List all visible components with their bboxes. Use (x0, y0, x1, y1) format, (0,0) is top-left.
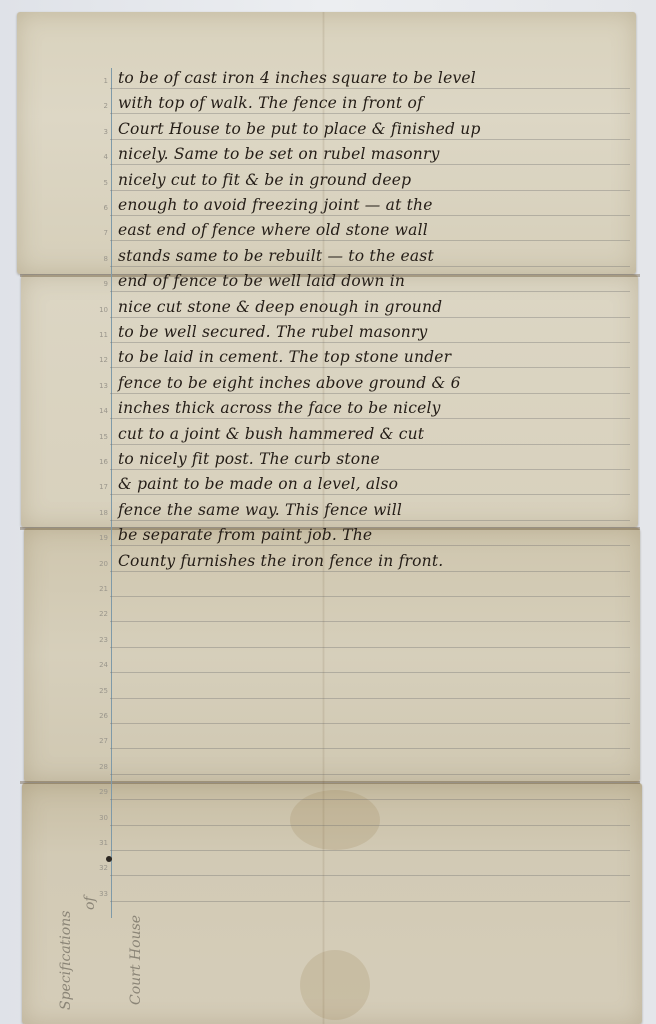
line-number: 19 (92, 534, 108, 542)
handwritten-line: to nicely fit post. The curb stone (118, 450, 630, 468)
line-number: 8 (92, 255, 108, 263)
ruled-line (110, 748, 630, 749)
line-number: 14 (92, 407, 108, 415)
line-number: 17 (92, 483, 108, 491)
margin-rule (111, 68, 112, 918)
handwritten-line: to be of cast iron 4 inches square to be… (118, 69, 630, 87)
line-number: 21 (92, 585, 108, 593)
ruled-line (110, 621, 630, 622)
ruled-line (110, 520, 630, 521)
line-number: 26 (92, 712, 108, 720)
line-number: 9 (92, 280, 108, 288)
ruled-line (110, 723, 630, 724)
ruled-line (110, 901, 630, 902)
ruled-line (110, 215, 630, 216)
endorsement-line-1: Specifications (58, 911, 74, 1010)
ruled-line (110, 418, 630, 419)
ruled-line (110, 545, 630, 546)
ink-blot (106, 856, 112, 862)
line-number: 30 (92, 814, 108, 822)
line-number: 2 (92, 102, 108, 110)
line-number: 5 (92, 179, 108, 187)
ruled-line (110, 444, 630, 445)
handwritten-line: & paint to be made on a level, also (118, 475, 630, 493)
ruled-line (110, 266, 630, 267)
ruled-line (110, 774, 630, 775)
ruled-line (110, 164, 630, 165)
line-number: 18 (92, 509, 108, 517)
endorsement-line-3: Court House (128, 915, 144, 1005)
line-number: 28 (92, 763, 108, 771)
line-number: 20 (92, 560, 108, 568)
ruled-line (110, 367, 630, 368)
line-number: 22 (92, 610, 108, 618)
handwritten-line: fence the same way. This fence will (118, 501, 630, 519)
water-stain (300, 950, 370, 1020)
ruled-line (110, 825, 630, 826)
line-number: 12 (92, 356, 108, 364)
line-number: 1 (92, 77, 108, 85)
endorsement-line-2: of (82, 896, 98, 910)
ruled-line (110, 291, 630, 292)
handwritten-line: enough to avoid freezing joint — at the (118, 196, 630, 214)
handwritten-line: fence to be eight inches above ground & … (118, 374, 630, 392)
handwritten-line: inches thick across the face to be nicel… (118, 399, 630, 417)
line-number: 4 (92, 153, 108, 161)
ruled-line (110, 647, 630, 648)
line-number: 27 (92, 737, 108, 745)
handwritten-line: cut to a joint & bush hammered & cut (118, 425, 630, 443)
ruled-line (110, 139, 630, 140)
ruled-line (110, 317, 630, 318)
line-number: 16 (92, 458, 108, 466)
handwritten-line: to be laid in cement. The top stone unde… (118, 348, 630, 366)
line-number: 13 (92, 382, 108, 390)
horizontal-fold-3 (20, 781, 640, 784)
line-number: 15 (92, 433, 108, 441)
ruled-line (110, 672, 630, 673)
ruled-line (110, 393, 630, 394)
line-number: 25 (92, 687, 108, 695)
handwritten-line: County furnishes the iron fence in front… (118, 552, 630, 570)
line-number: 31 (92, 839, 108, 847)
line-number: 7 (92, 229, 108, 237)
ruled-line (110, 469, 630, 470)
ruled-line (110, 850, 630, 851)
handwritten-line: to be well secured. The rubel masonry (118, 323, 630, 341)
line-number: 3 (92, 128, 108, 136)
handwritten-line: with top of walk. The fence in front of (118, 94, 630, 112)
ruled-line (110, 240, 630, 241)
handwritten-line: nice cut stone & deep enough in ground (118, 298, 630, 316)
ruled-line (110, 799, 630, 800)
line-number: 29 (92, 788, 108, 796)
ruled-line (110, 596, 630, 597)
ruled-line (110, 698, 630, 699)
line-number: 32 (92, 864, 108, 872)
ruled-line (110, 88, 630, 89)
line-number: 23 (92, 636, 108, 644)
handwritten-line: Court House to be put to place & finishe… (118, 120, 630, 138)
line-number: 24 (92, 661, 108, 669)
ruled-line (110, 190, 630, 191)
line-number: 6 (92, 204, 108, 212)
ruled-line (110, 113, 630, 114)
ruled-line (110, 571, 630, 572)
line-number: 10 (92, 306, 108, 314)
handwritten-line: nicely. Same to be set on rubel masonry (118, 145, 630, 163)
handwritten-line: east end of fence where old stone wall (118, 221, 630, 239)
handwritten-line: end of fence to be well laid down in (118, 272, 630, 290)
handwritten-line: be separate from paint job. The (118, 526, 630, 544)
handwritten-line: stands same to be rebuilt — to the east (118, 247, 630, 265)
ruled-line (110, 342, 630, 343)
ruled-line (110, 494, 630, 495)
ruled-line (110, 875, 630, 876)
handwritten-line: nicely cut to fit & be in ground deep (118, 171, 630, 189)
line-number: 11 (92, 331, 108, 339)
